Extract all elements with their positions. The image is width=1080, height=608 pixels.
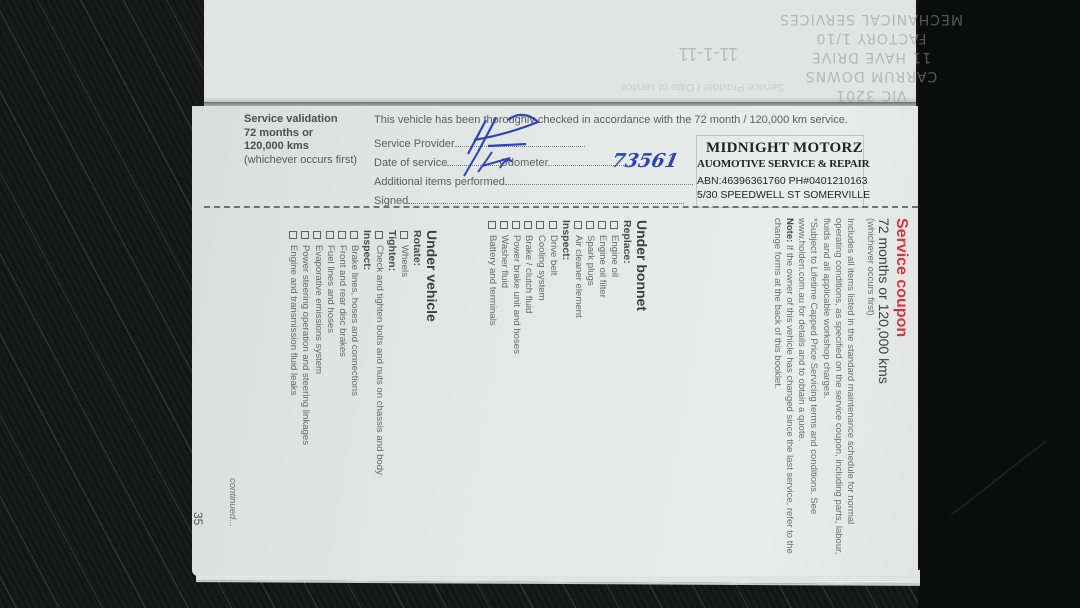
- checkbox-icon[interactable]: [524, 221, 532, 229]
- checklist-item[interactable]: Power steering operation and steering li…: [299, 230, 311, 570]
- checkbox-icon[interactable]: [375, 231, 383, 239]
- checklist-item[interactable]: Evaporative emissions system: [311, 230, 323, 570]
- coupon-note: (whichever occurs first): [864, 218, 876, 558]
- checklist-item[interactable]: Brake / clutch fluid: [522, 220, 534, 560]
- checklist-item[interactable]: Brake lines, hoses and connections: [348, 230, 360, 570]
- checkbox-icon[interactable]: [326, 231, 334, 239]
- inspect-label: Inspect:: [559, 220, 572, 560]
- checklist-item[interactable]: Battery and terminals: [486, 220, 498, 560]
- checklist-item[interactable]: Engine oil filter: [596, 220, 608, 560]
- checkbox-icon[interactable]: [549, 221, 557, 229]
- replace-label: Replace:: [620, 220, 633, 560]
- checkbox-icon[interactable]: [586, 221, 594, 229]
- rotated-page-content: Service coupon 72 months or 120,000 kms …: [204, 208, 918, 570]
- under-bonnet-title: Under bonnet: [633, 220, 650, 560]
- checklist-item-label: Engine oil: [608, 235, 620, 277]
- checkbox-icon[interactable]: [500, 221, 508, 229]
- checklist-item[interactable]: Wheels: [398, 230, 410, 570]
- stamp-line: 11 HAVE DRIVE: [756, 47, 986, 66]
- checklist-item-label: Drive belt: [547, 235, 559, 276]
- note-text: If the owner of this vehicle has changed…: [772, 218, 795, 554]
- checkbox-icon[interactable]: [574, 221, 582, 229]
- coupon-description: Includes all items listed in the standar…: [819, 218, 856, 558]
- checklist-item-label: Front and rear disc brakes: [336, 245, 348, 357]
- checklist-item[interactable]: Spark plugs: [584, 220, 596, 560]
- checkbox-icon[interactable]: [289, 231, 297, 239]
- validation-note: (whichever occurs first): [244, 154, 357, 168]
- workshop-name: MIDNIGHT MOTORZ: [706, 140, 863, 157]
- checklist-item[interactable]: Front and rear disc brakes: [336, 230, 348, 570]
- workshop-stamp: MIDNIGHT MOTORZ AUOMOTIVE SERVICE & REPA…: [696, 135, 864, 208]
- checklist-item-label: Power brake unit and hoses: [510, 235, 522, 354]
- previous-page-handwriting: 11-1-11: [658, 40, 738, 64]
- checklist-item-label: Brake / clutch fluid: [522, 235, 534, 313]
- checklist-item-label: Air cleaner element: [572, 235, 584, 318]
- rotate-label: Rotate:: [410, 230, 423, 570]
- checkbox-icon[interactable]: [610, 221, 618, 229]
- checkbox-icon[interactable]: [598, 221, 606, 229]
- checklist-area: Service coupon 72 months or 120,000 kms …: [204, 208, 918, 570]
- stamp-line: FACTORY 1/10: [756, 28, 986, 47]
- under-vehicle-title: Under vehicle: [423, 230, 440, 570]
- odometer-handwritten: 73561: [610, 150, 681, 172]
- service-coupon: Service coupon 72 months or 120,000 kms …: [771, 218, 910, 558]
- coupon-capped-price: *Subject to Lifetime Capped Price Servic…: [795, 218, 819, 558]
- stamp-line: MECHANICAL SERVICES: [756, 9, 986, 28]
- workshop-abn-phone: ABN:46396361760 PH#0401210163: [697, 175, 867, 187]
- continued-text: continued...: [227, 478, 238, 527]
- checklist-item[interactable]: Washer fluid: [498, 220, 510, 560]
- workshop-address: 5/30 SPEEDWELL ST SOMERVILLE: [697, 189, 870, 201]
- inspect-label: Inspect:: [360, 230, 373, 570]
- checklist-item-label: Cooling system: [534, 235, 546, 301]
- checklist-item[interactable]: Engine and transmission fluid leaks: [287, 230, 299, 570]
- tighten-label: Tighten:: [385, 230, 398, 570]
- checklist-item[interactable]: Air cleaner element: [572, 220, 584, 560]
- coupon-interval: 72 months or 120,000 kms: [876, 218, 892, 558]
- coupon-body: Includes all items listed in the standar…: [771, 218, 856, 558]
- checklist-item[interactable]: Engine oil: [608, 220, 620, 560]
- checklist-item[interactable]: Cooling system: [534, 220, 546, 560]
- checklist-item-label: Evaporative emissions system: [311, 245, 323, 374]
- coupon-owner-note: Note: If the owner of this vehicle has c…: [771, 218, 795, 558]
- checklist-item-label: Battery and terminals: [486, 235, 498, 326]
- checklist-item-label: Washer fluid: [498, 235, 510, 288]
- checkbox-icon[interactable]: [400, 231, 408, 239]
- validation-heading: Service validation: [244, 113, 357, 127]
- page-number: 35: [191, 512, 205, 525]
- checklist-item[interactable]: Power brake unit and hoses: [510, 220, 522, 560]
- checkbox-icon[interactable]: [313, 231, 321, 239]
- previous-page-stamp: VIC 3201 CARRUM DOWNS 11 HAVE DRIVE FACT…: [756, 4, 986, 104]
- checklist-item[interactable]: Check and tighten bolts and nuts on chas…: [373, 230, 385, 570]
- note-label: Note:: [784, 218, 795, 242]
- checklist-item-label: Engine oil filter: [596, 235, 608, 298]
- validation-interval-km: 120,000 kms: [244, 140, 357, 154]
- checkbox-icon[interactable]: [301, 231, 309, 239]
- checkbox-icon[interactable]: [536, 221, 544, 229]
- checklist-item-label: Check and tighten bolts and nuts on chas…: [373, 245, 385, 475]
- previous-booklet-page: Service Provider / Date of service 11-1-…: [204, 0, 916, 104]
- checklist-item-label: Spark plugs: [584, 235, 596, 286]
- validation-summary: Service validation 72 months or 120,000 …: [244, 113, 357, 167]
- checkbox-icon[interactable]: [488, 221, 496, 229]
- checklist-item-label: Fuel lines and hoses: [324, 245, 336, 333]
- workshop-subtitle: AUOMOTIVE SERVICE & REPAIR: [697, 158, 869, 170]
- checkbox-icon[interactable]: [338, 231, 346, 239]
- validation-interval: 72 months or: [244, 127, 357, 141]
- coupon-title: Service coupon: [892, 218, 910, 558]
- checklist-item-label: Power steering operation and steering li…: [299, 245, 311, 445]
- checklist-item-label: Wheels: [398, 245, 410, 277]
- checkbox-icon[interactable]: [350, 231, 358, 239]
- provider-signature: [438, 106, 548, 186]
- date-label: Date of service: [374, 157, 447, 169]
- service-validation-section: Service validation 72 months or 120,000 …: [204, 106, 918, 206]
- checklist-item[interactable]: Drive belt: [547, 220, 559, 560]
- stamp-line: CARRUM DOWNS: [756, 66, 986, 85]
- checklist-item-label: Brake lines, hoses and connections: [348, 245, 360, 396]
- checklist-item-label: Engine and transmission fluid leaks: [287, 245, 299, 395]
- checkbox-icon[interactable]: [512, 221, 520, 229]
- checklist-item[interactable]: Fuel lines and hoses: [324, 230, 336, 570]
